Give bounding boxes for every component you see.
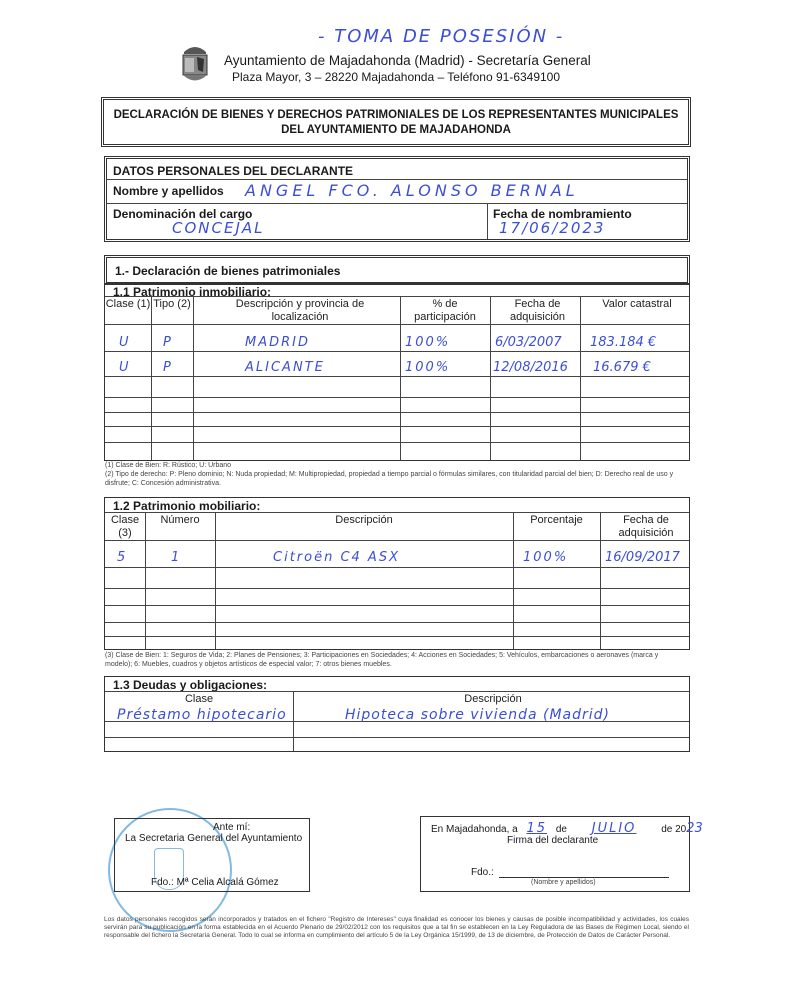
deudas-row-1-descripcion: Hipoteca sobre vivienda (Madrid) bbox=[345, 707, 610, 723]
section-1-heading-box: 1.- Declaración de bienes patrimoniales bbox=[104, 255, 690, 285]
inmobiliario-row-2-participacion: 100% bbox=[405, 360, 450, 375]
month-value: JULIO bbox=[570, 821, 659, 836]
secretaria-signature-box: Ante mí: La Secretaria General del Ayunt… bbox=[114, 818, 310, 892]
inmobiliario-row-1-descripcion: MADRID bbox=[245, 335, 310, 350]
secretaria-name: Fdo.: Mª Celia Alcalá Gómez bbox=[151, 877, 279, 888]
col-valor-catastral: Valor catastral bbox=[583, 298, 691, 311]
mobiliario-note: (3) Clase de Bien: 1: Seguros de Vida; 2… bbox=[105, 651, 685, 669]
inmobiliario-row-2-valor: 16.679 € bbox=[593, 360, 651, 375]
col-clase-mob: Clase (3) bbox=[105, 514, 145, 540]
header-line-2: Plaza Mayor, 3 – 28220 Majadahonda – Tel… bbox=[232, 70, 560, 84]
inmobiliario-row-2-descripcion: ALICANTE bbox=[245, 360, 325, 375]
mobiliario-row-1-porcentaje: 100% bbox=[523, 550, 568, 565]
section-1-heading: 1.- Declaración de bienes patrimoniales bbox=[115, 264, 340, 278]
inmobiliario-row-1-fecha: 6/03/2007 bbox=[495, 335, 562, 350]
mobiliario-row-1-fecha: 16/09/2017 bbox=[605, 550, 680, 565]
col-descripcion-mob: Descripción bbox=[217, 514, 511, 527]
ante-mi: Ante mí: bbox=[213, 822, 250, 833]
data-protection-footer: Los datos personales recogidos serán inc… bbox=[104, 916, 689, 940]
year-value: 23 bbox=[686, 821, 703, 836]
deudas-row-1-clase: Préstamo hipotecario bbox=[117, 707, 287, 723]
cargo-value: CONCEJAL bbox=[172, 219, 265, 237]
inmobiliario-row-2-tipo: P bbox=[163, 360, 173, 375]
col-porcentaje: Porcentaje bbox=[515, 514, 598, 527]
personal-data-section: DATOS PERSONALES DEL DECLARANTE Nombre y… bbox=[104, 156, 690, 242]
mobiliario-heading: 1.2 Patrimonio mobiliario: bbox=[113, 499, 260, 513]
col-tipo: Tipo (2) bbox=[153, 298, 191, 311]
document-title-box: DECLARACIÓN DE BIENES Y DERECHOS PATRIMO… bbox=[101, 97, 691, 147]
inmobiliario-table: 1.1 Patrimonio inmobiliario: Clase (1) T… bbox=[104, 283, 690, 461]
mobiliario-row-1-descripcion: Citroën C4 ASX bbox=[273, 550, 400, 565]
signature-line bbox=[499, 877, 669, 878]
document-title-line-1: DECLARACIÓN DE BIENES Y DERECHOS PATRIMO… bbox=[104, 109, 688, 121]
col-clase-deuda: Clase bbox=[105, 693, 293, 706]
mobiliario-table: 1.2 Patrimonio mobiliario: Clase (3) Núm… bbox=[104, 497, 690, 650]
secretaria-general: La Secretaria General del Ayuntamiento bbox=[125, 833, 302, 844]
inmobiliario-note-1: (1) Clase de Bien: R: Rústico; U: Urbano bbox=[105, 461, 690, 470]
inmobiliario-row-1-tipo: P bbox=[163, 335, 173, 350]
col-numero: Número bbox=[147, 514, 213, 527]
mobiliario-row-1-clase: 5 bbox=[117, 550, 127, 565]
inmobiliario-row-2-clase: U bbox=[119, 360, 131, 375]
col-fecha-mob: Fecha de adquisición bbox=[602, 514, 690, 540]
handwritten-annotation: - TOMA DE POSESIÓN - bbox=[318, 26, 564, 47]
fdo-label: Fdo.: bbox=[471, 867, 494, 878]
inmobiliario-note-2: (2) Tipo de derecho: P: Pleno dominio; N… bbox=[105, 470, 685, 488]
col-descripcion: Descripción y provincia de localización bbox=[225, 298, 375, 324]
personal-data-heading: DATOS PERSONALES DEL DECLARANTE bbox=[113, 164, 353, 178]
deudas-table: 1.3 Deudas y obligaciones: Clase Descrip… bbox=[104, 676, 690, 752]
col-clase: Clase (1) bbox=[105, 298, 151, 311]
fecha-nombramiento-value: 17/06/2023 bbox=[499, 219, 605, 237]
header-line-1: Ayuntamiento de Majadahonda (Madrid) - S… bbox=[224, 53, 591, 68]
document-title-line-2: DEL AYUNTAMIENTO DE MAJADAHONDA bbox=[104, 124, 688, 136]
inmobiliario-row-1-participacion: 100% bbox=[405, 335, 450, 350]
inmobiliario-row-2-fecha: 12/08/2016 bbox=[493, 360, 568, 375]
signature-date-line: En Majadahonda, a 15 de JULIO de 2023 bbox=[431, 821, 703, 836]
day-value: 15 bbox=[521, 821, 554, 836]
name-value: ANGEL FCO. ALONSO BERNAL bbox=[245, 181, 579, 200]
inmobiliario-row-1-valor: 183.184 € bbox=[590, 335, 656, 350]
place-label: En Majadahonda, a bbox=[431, 824, 518, 835]
coat-of-arms-logo bbox=[180, 42, 210, 86]
nombre-hint: (Nombre y apellidos) bbox=[531, 879, 596, 886]
inmobiliario-row-1-clase: U bbox=[119, 335, 131, 350]
de-label-1: de bbox=[556, 824, 567, 835]
de-label-2: de 20 bbox=[661, 824, 686, 835]
mobiliario-row-1-numero: 1 bbox=[171, 550, 181, 565]
col-descripcion-deuda: Descripción bbox=[295, 693, 691, 706]
declarante-signature-box: En Majadahonda, a 15 de JULIO de 2023 Fi… bbox=[420, 816, 690, 892]
col-fecha-adquisicion: Fecha de adquisición bbox=[505, 298, 570, 324]
col-participacion: % de participación bbox=[405, 298, 485, 324]
firma-label: Firma del declarante bbox=[507, 835, 598, 846]
name-label: Nombre y apellidos bbox=[113, 184, 224, 198]
deudas-heading: 1.3 Deudas y obligaciones: bbox=[113, 678, 267, 692]
